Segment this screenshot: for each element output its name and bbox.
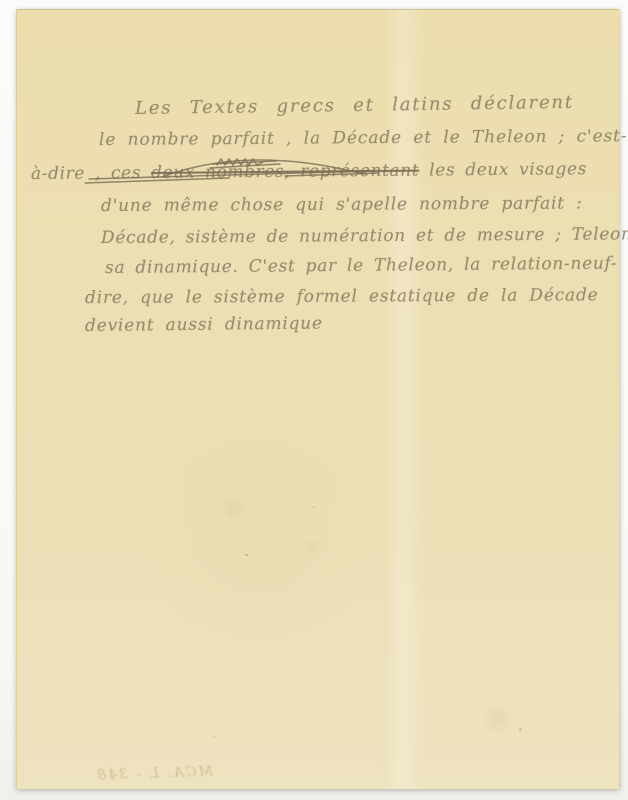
manuscript-line-6: sa dinamique. C'est par le Theleon, la r… — [105, 254, 617, 278]
paper-speck — [313, 506, 315, 508]
struck-out-words: deux nombres, représentant — [151, 161, 419, 183]
manuscript-line-7: dire, que le sistème formel estatique de… — [85, 285, 599, 308]
verso-show-through-inscription: MCA. L - 348 — [73, 764, 213, 785]
manuscript-line-3: à-dire , ces deux nombres, représentant … — [31, 159, 587, 184]
manuscript-line-8: devient aussi dinamique — [85, 314, 323, 336]
paper-speck — [245, 554, 248, 556]
paper-speck — [213, 736, 215, 738]
manuscript-line-5: Décade, sistème de numération et de mesu… — [101, 224, 628, 248]
paper-speck — [519, 728, 522, 731]
line3-prefix: à-dire , ces — [31, 163, 151, 184]
manuscript-page: Les Textes grecs et latins déclarent le … — [16, 9, 619, 789]
manuscript-line-1: Les Textes grecs et latins déclarent — [135, 92, 574, 119]
line3-suffix: les deux visages — [419, 159, 587, 180]
manuscript-line-4: d'une même chose qui s'apelle nombre par… — [101, 193, 583, 216]
manuscript-line-2: le nombre parfait , la Décade et le Thel… — [99, 126, 628, 150]
scanner-background: Les Textes grecs et latins déclarent le … — [0, 0, 628, 800]
